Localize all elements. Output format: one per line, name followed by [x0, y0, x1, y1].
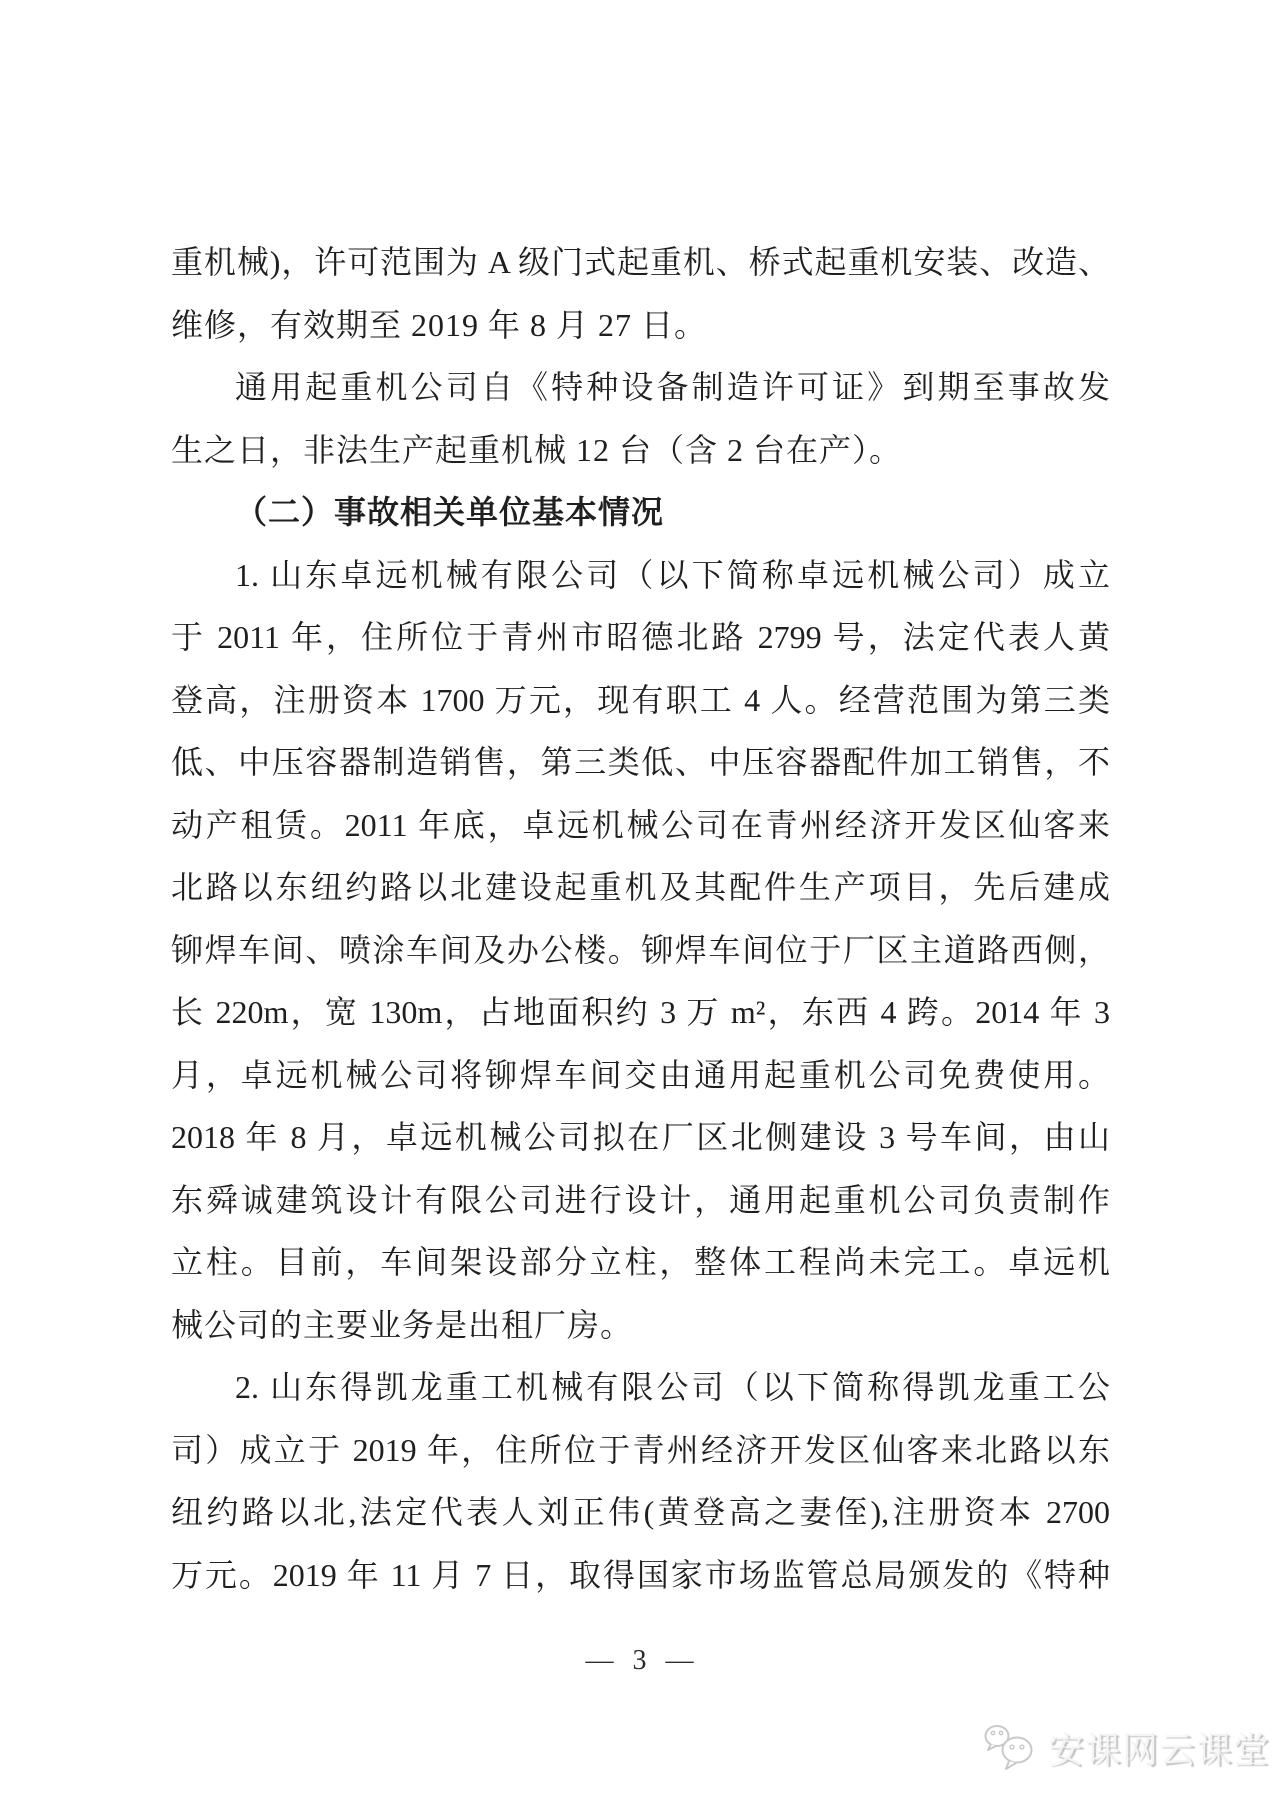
text-line-03: 通用起重机公司自《特种设备制造许可证》到期至事故发 — [171, 356, 1110, 419]
text-line-11: 北路以东纽约路以北建设起重机及其配件生产项目，先后建成 — [171, 856, 1110, 919]
text-line-12: 铆焊车间、喷涂车间及办公楼。铆焊车间位于厂区主道路西侧， — [171, 919, 1110, 982]
text-line-16: 东舜诚建筑设计有限公司进行设计，通用起重机公司负责制作 — [171, 1169, 1110, 1232]
text-line-21: 纽约路以北,法定代表人刘正伟(黄登高之妻侄),注册资本 2700 — [171, 1481, 1110, 1544]
text-line-14: 月，卓远机械公司将铆焊车间交由通用起重机公司免费使用。 — [171, 1044, 1110, 1107]
document-page: 重机械)，许可范围为 A 级门式起重机、桥式起重机安装、改造、 维修，有效期至 … — [0, 0, 1280, 1810]
document-body: 重机械)，许可范围为 A 级门式起重机、桥式起重机安装、改造、 维修，有效期至 … — [171, 231, 1110, 1606]
text-line-07: 于 2011 年，住所位于青州市昭德北路 2799 号，法定代表人黄 — [171, 606, 1110, 669]
text-line-13: 长 220m，宽 130m，占地面积约 3 万 m²，东西 4 跨。2014 年… — [171, 981, 1110, 1044]
text-line-08: 登高，注册资本 1700 万元，现有职工 4 人。经营范围为第三类 — [171, 669, 1110, 732]
text-line-19: 2. 山东得凯龙重工机械有限公司（以下简称得凯龙重工公 — [171, 1356, 1110, 1419]
watermark-label: 安课网云课堂 — [1048, 1722, 1270, 1773]
text-line-04: 生之日，非法生产起重机械 12 台（含 2 台在产）。 — [171, 419, 1110, 482]
text-line-02: 维修，有效期至 2019 年 8 月 27 日。 — [171, 294, 1110, 357]
page-number: — 3 — — [0, 1645, 1280, 1677]
text-line-15: 2018 年 8 月，卓远机械公司拟在厂区北侧建设 3 号车间，由山 — [171, 1106, 1110, 1169]
text-line-06: 1. 山东卓远机械有限公司（以下简称卓远机械公司）成立 — [171, 544, 1110, 607]
text-line-10: 动产租赁。2011 年底，卓远机械公司在青州经济开发区仙客来 — [171, 794, 1110, 857]
watermark: 安课网云课堂 — [982, 1722, 1270, 1773]
text-line-20: 司）成立于 2019 年，住所位于青州经济开发区仙客来北路以东 — [171, 1419, 1110, 1482]
section-heading: （二）事故相关单位基本情况 — [171, 481, 1110, 544]
text-line-22: 万元。2019 年 11 月 7 日，取得国家市场监管总局颁发的《特种 — [171, 1544, 1110, 1607]
text-line-17: 立柱。目前，车间架设部分立柱，整体工程尚未完工。卓远机 — [171, 1231, 1110, 1294]
wechat-logo-icon — [982, 1723, 1040, 1773]
text-line-09: 低、中压容器制造销售，第三类低、中压容器配件加工销售，不 — [171, 731, 1110, 794]
text-line-01: 重机械)，许可范围为 A 级门式起重机、桥式起重机安装、改造、 — [171, 231, 1110, 294]
text-line-18: 械公司的主要业务是出租厂房。 — [171, 1294, 1110, 1357]
